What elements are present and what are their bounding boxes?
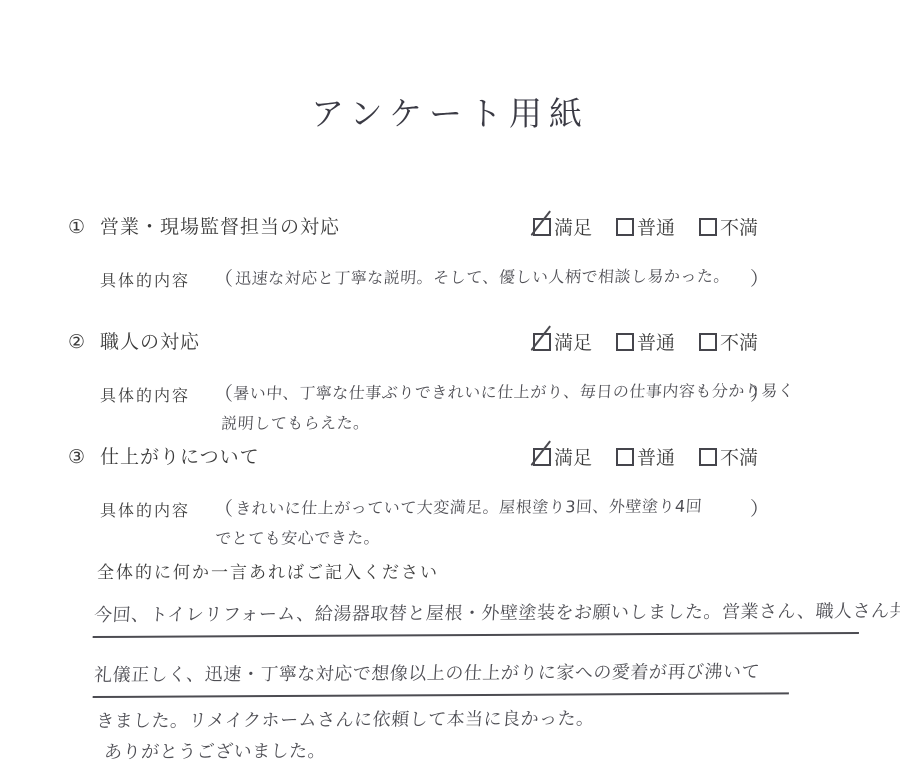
question-1-label: 営業・現場監督担当の対応 <box>100 217 340 238</box>
questionnaire-page: アンケート用紙 ①営業・現場監督担当の対応 満足 普通 不満 具体的内容 （ 迅… <box>0 0 900 777</box>
comment-line-3: きました。リメイクホームさんに依頼して本当に良かった。 <box>95 704 595 733</box>
option-label: 普通 <box>637 213 675 240</box>
checkbox-option-satisfied: 満足 <box>533 213 592 240</box>
checkbox-icon <box>616 333 634 351</box>
question-3-label: 仕上がりについて <box>100 447 260 468</box>
paren-open: （ <box>214 379 233 406</box>
question-1-number: ① <box>68 217 86 238</box>
detail-label: 具体的内容 <box>100 498 190 521</box>
checkbox-icon <box>699 218 717 236</box>
question-2-label: 職人の対応 <box>100 332 200 353</box>
question-3-row: ③仕上がりについて <box>68 442 260 469</box>
checkmark-icon <box>530 325 551 351</box>
option-label: 普通 <box>637 443 675 470</box>
detail-label: 具体的内容 <box>100 268 190 291</box>
comment-line-1: 今回、トイレリフォーム、給湯器取替と屋根・外壁塗装をお願いしました。営業さん、職… <box>93 597 862 638</box>
option-label: 不満 <box>720 443 758 470</box>
question-3-answer-line2: でとても安心できた。 <box>215 525 382 549</box>
checkbox-option-unsatisfied: 不満 <box>699 443 758 470</box>
checkbox-option-unsatisfied: 不満 <box>699 328 758 355</box>
checkbox-icon <box>699 333 717 351</box>
option-label: 普通 <box>637 328 675 355</box>
checkbox-icon <box>699 448 717 466</box>
checkmark-icon <box>530 210 551 236</box>
paren-close: ） <box>750 264 769 291</box>
checkbox-option-normal: 普通 <box>616 328 675 355</box>
question-3-number: ③ <box>68 447 86 468</box>
option-label: 満足 <box>554 213 592 240</box>
paren-open: （ <box>214 494 233 521</box>
checkbox-option-normal: 普通 <box>616 213 675 240</box>
checkbox-icon <box>616 218 634 236</box>
paren-close: ） <box>750 494 769 521</box>
question-1-row: ①営業・現場監督担当の対応 <box>68 212 340 239</box>
checkbox-icon <box>533 218 551 236</box>
question-3-answer-line1: きれいに仕上がっていて大変満足。屋根塗り3回、外壁塗り4回 <box>235 494 704 519</box>
comment-prompt: 全体的に何か一言あればご記入ください <box>97 558 439 583</box>
question-2-answer-line1: 暑い中、丁寧な仕事ぶりできれいに仕上がり、毎日の仕事内容も分かり易く <box>233 378 796 404</box>
detail-label: 具体的内容 <box>100 383 190 406</box>
question-2-number: ② <box>68 332 86 353</box>
checkbox-icon <box>533 448 551 466</box>
checkbox-icon <box>616 448 634 466</box>
checkbox-option-satisfied: 満足 <box>533 328 592 355</box>
checkmark-icon <box>530 440 551 466</box>
option-label: 満足 <box>554 443 592 470</box>
comment-line-4: ありがとうございました。 <box>103 737 327 764</box>
option-label: 満足 <box>554 328 592 355</box>
paren-open: （ <box>214 264 233 291</box>
question-3-options: 満足 普通 不満 <box>533 443 758 470</box>
page-title: アンケート用紙 <box>0 88 900 135</box>
question-2-row: ②職人の対応 <box>68 327 200 354</box>
question-1-options: 満足 普通 不満 <box>533 213 758 240</box>
question-1-answer: 迅速な対応と丁寧な説明。そして、優しい人柄で相談し易かった。 <box>235 263 731 289</box>
option-label: 不満 <box>720 328 758 355</box>
checkbox-option-satisfied: 満足 <box>533 443 592 470</box>
checkbox-icon <box>533 333 551 351</box>
question-2-options: 満足 普通 不満 <box>533 328 758 355</box>
paren-close: ） <box>750 379 769 406</box>
option-label: 不満 <box>720 213 758 240</box>
checkbox-option-unsatisfied: 不満 <box>699 213 758 240</box>
checkbox-option-normal: 普通 <box>616 443 675 470</box>
comment-line-2: 礼儀正しく、迅速・丁寧な対応で想像以上の仕上がりに家への愛着が再び沸いて <box>93 657 792 698</box>
question-2-answer-line2: 説明してもらえた。 <box>221 410 371 434</box>
